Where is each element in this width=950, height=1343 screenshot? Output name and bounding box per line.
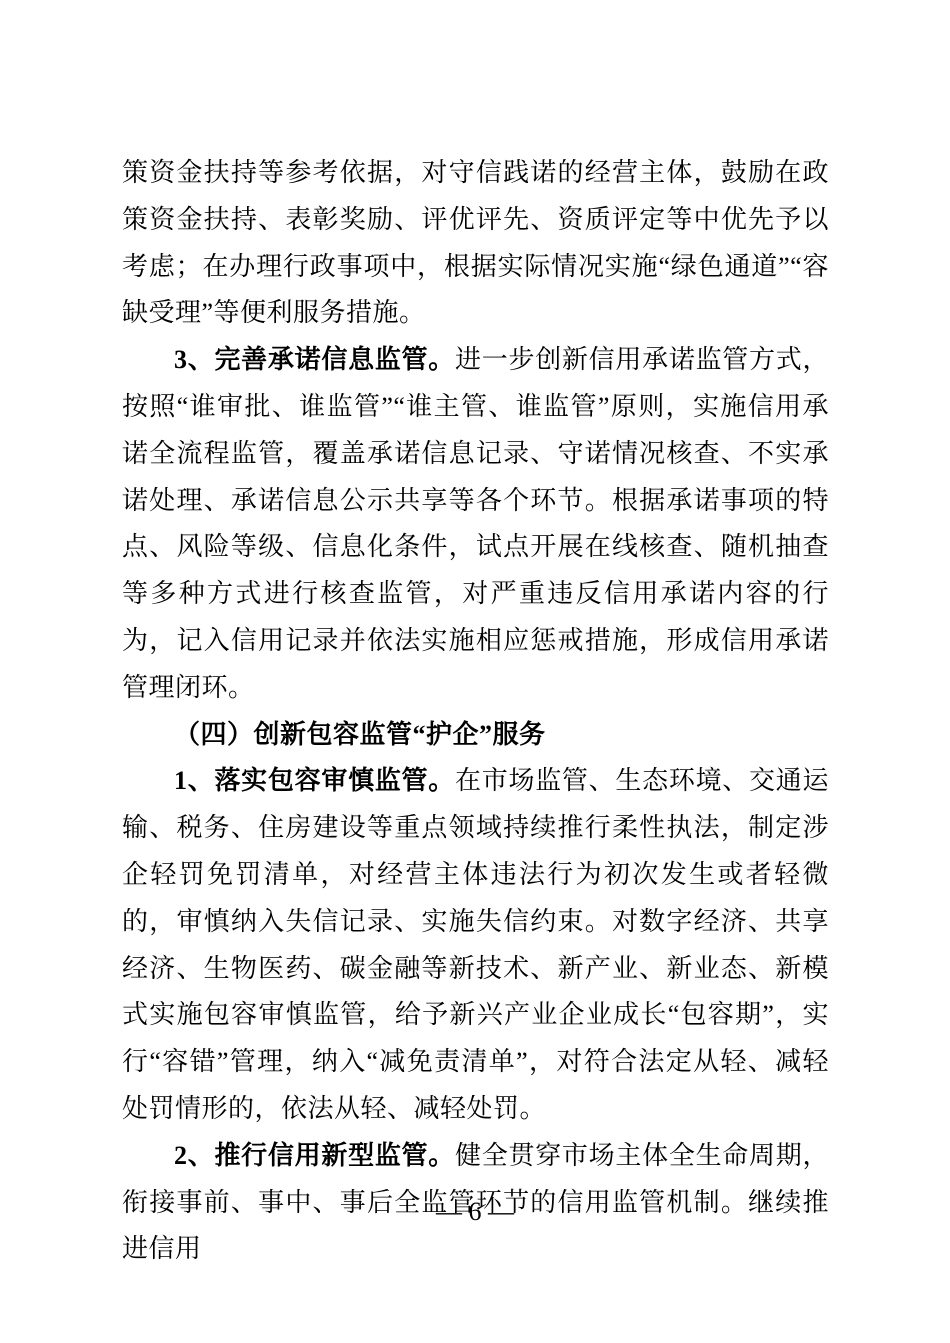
section-heading-text: （四）创新包容监管“护企”服务 [174,720,546,749]
paragraph-lead: 2、推行信用新型监管。 [174,1141,455,1170]
numbered-item-1: 1、落实包容审慎监管。在市场监管、生态环境、交通运输、税务、住房建设等重点领域持… [122,758,829,1132]
paragraph-lead: 1、落实包容审慎监管。 [174,766,455,795]
paragraph-text: 策资金扶持等参考依据，对守信践诺的经营主体，鼓励在政策资金扶持、表彰奖励、评优评… [122,158,829,327]
paragraph-text: 进一步创新信用承诺监管方式，按照“谁审批、谁监管”“谁主管、谁监管”原则，实施信… [122,345,829,702]
document-page: 策资金扶持等参考依据，对守信践诺的经营主体，鼓励在政策资金扶持、表彰奖励、评优评… [122,150,829,1273]
section-heading-4: （四）创新包容监管“护企”服务 [122,712,829,759]
page-number: — 6 — [0,1196,950,1228]
numbered-item-3: 3、完善承诺信息监管。进一步创新信用承诺监管方式，按照“谁审批、谁监管”“谁主管… [122,337,829,711]
body-paragraph-continuation: 策资金扶持等参考依据，对守信践诺的经营主体，鼓励在政策资金扶持、表彰奖励、评优评… [122,150,829,337]
paragraph-text: 在市场监管、生态环境、交通运输、税务、住房建设等重点领域持续推行柔性执法，制定涉… [122,766,829,1123]
paragraph-lead: 3、完善承诺信息监管。 [174,345,455,374]
